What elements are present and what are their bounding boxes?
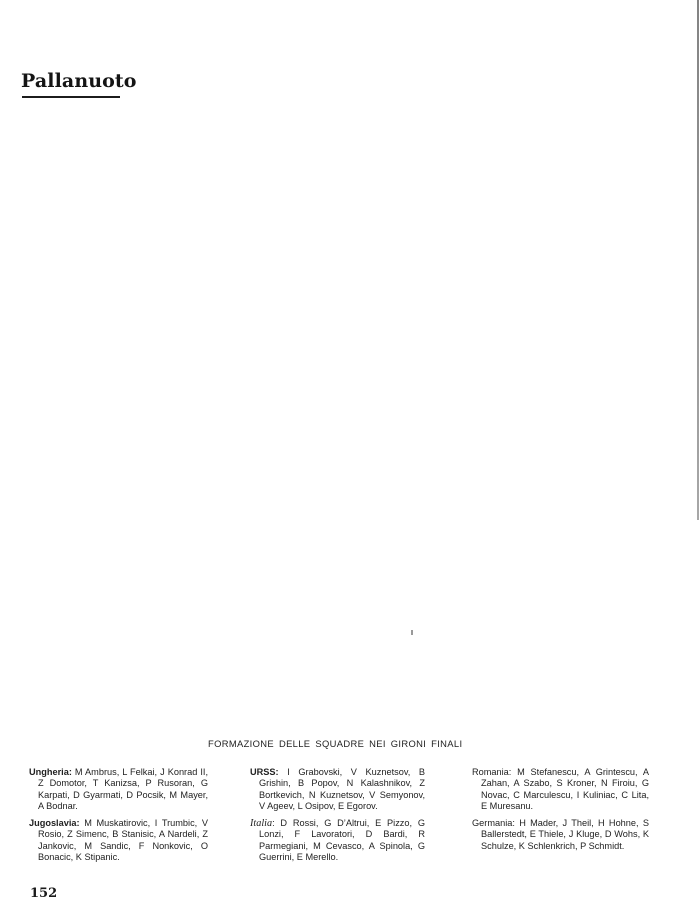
- lineup-caption: FORMAZIONE DELLE SQUADRE NEI GIRONI FINA…: [208, 738, 462, 749]
- player-list: I Grabovski, V Kuznetsov, B Grishin, B P…: [259, 767, 425, 811]
- team-entry-jugoslavia: Jugoslavia: M Muskatirovic, I Trumbic, V…: [29, 818, 208, 863]
- team-name: Romania:: [472, 767, 511, 777]
- team-name: URSS:: [250, 767, 279, 777]
- team-entry-italia: Italia: D Rossi, G D’Altrui, E Pizzo, G …: [250, 818, 425, 863]
- team-entry-ungheria: Ungheria: M Ambrus, L Felkai, J Konrad I…: [29, 767, 208, 812]
- lineup-column-1: Ungheria: M Ambrus, L Felkai, J Konrad I…: [29, 767, 208, 869]
- binding-edge-shadow: [697, 0, 699, 520]
- team-name: Germania:: [472, 818, 515, 828]
- scan-speck: [411, 630, 413, 635]
- team-name: Jugoslavia:: [29, 818, 80, 828]
- team-entry-urss: URSS: I Grabovski, V Kuznetsov, B Grishi…: [250, 767, 425, 812]
- team-entry-germania: Germania: H Mader, J Theil, H Hohne, S B…: [472, 818, 649, 852]
- page-title: Pallanuoto: [21, 70, 137, 92]
- lineup-column-3: Romania: M Stefanescu, A Grintescu, A Za…: [472, 767, 649, 858]
- team-name: Ungheria:: [29, 767, 72, 777]
- team-entry-romania: Romania: M Stefanescu, A Grintescu, A Za…: [472, 767, 649, 812]
- team-name: Italia: [250, 818, 272, 829]
- title-underline: [22, 96, 120, 98]
- player-list: : D Rossi, G D’Altrui, E Pizzo, G Lonzi,…: [259, 818, 425, 862]
- lineup-column-2: URSS: I Grabovski, V Kuznetsov, B Grishi…: [250, 767, 425, 869]
- page-number: 152: [30, 886, 57, 901]
